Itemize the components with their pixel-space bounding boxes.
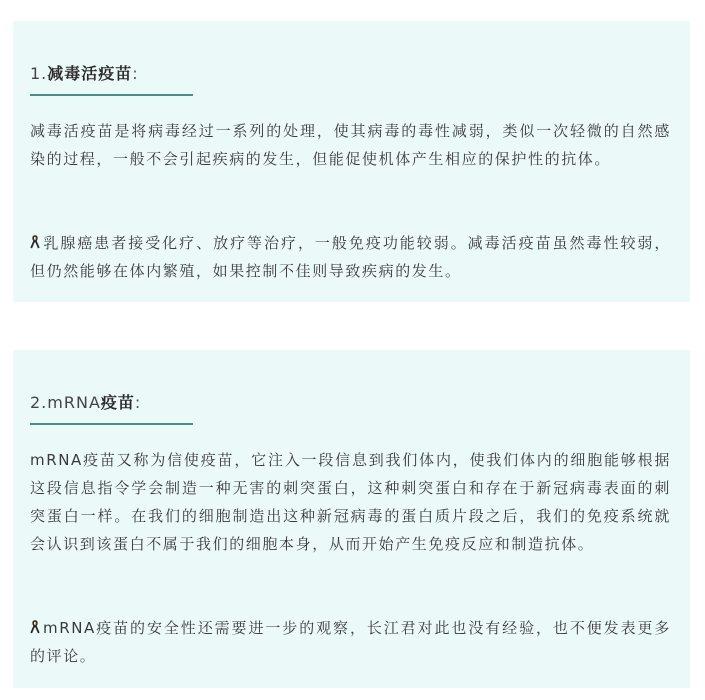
section-heading: 1.减毒活疫苗:: [30, 64, 139, 84]
section-title: 减毒活疫苗: [47, 64, 132, 83]
section-card-mrna: 2.mRNA疫苗: mRNA疫苗又称为信使疫苗，它注入一段信息到我们体内，使我们…: [13, 350, 690, 688]
paragraph: mRNA疫苗又称为信使疫苗，它注入一段信息到我们体内，使我们体内的细胞能够根据这…: [30, 446, 671, 558]
section-title: 疫苗: [101, 393, 135, 412]
note-text: mRNA疫苗的安全性还需要进一步的观察，长江君对此也没有经验，也不便发表更多的评…: [30, 619, 671, 665]
note-text: 乳腺癌患者接受化疗、放疗等治疗，一般免疫功能较弱。减毒活疫苗虽然毒性较弱，但仍然…: [30, 234, 671, 280]
section-card-live-attenuated: 1.减毒活疫苗: 减毒活疫苗是将病毒经过一系列的处理，使其病毒的毒性减弱，类似一…: [13, 21, 690, 302]
ribbon-icon: [30, 235, 40, 249]
section-title-prefix: mRNA: [47, 393, 101, 412]
heading-underline: [30, 423, 193, 425]
heading-colon: :: [132, 64, 138, 83]
section-heading: 2.mRNA疫苗:: [30, 393, 141, 413]
heading-underline: [30, 94, 193, 96]
note-paragraph: 乳腺癌患者接受化疗、放疗等治疗，一般免疫功能较弱。减毒活疫苗虽然毒性较弱，但仍然…: [30, 229, 671, 285]
heading-colon: :: [135, 393, 141, 412]
section-number: 1.: [30, 64, 47, 83]
note-paragraph: mRNA疫苗的安全性还需要进一步的观察，长江君对此也没有经验，也不便发表更多的评…: [30, 614, 671, 670]
section-number: 2.: [30, 393, 47, 412]
paragraph: 减毒活疫苗是将病毒经过一系列的处理，使其病毒的毒性减弱，类似一次轻微的自然感染的…: [30, 117, 671, 173]
ribbon-icon: [30, 620, 40, 634]
